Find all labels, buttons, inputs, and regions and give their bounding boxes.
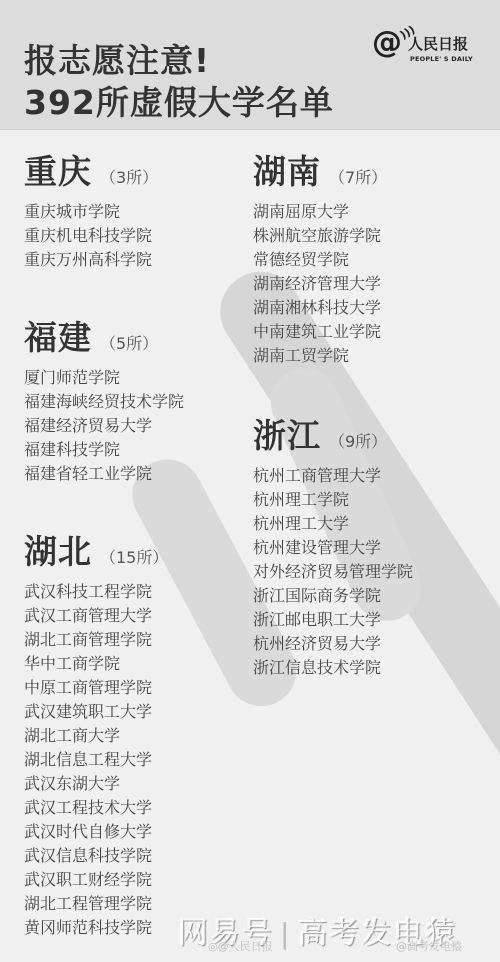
section-hunan: 湖南 （7所） 湖南屈原大学 株洲航空旅游学院 常德经贸学院 湖南经济管理大学 … (253, 152, 387, 368)
list-item: 湖南工贸学院 (253, 344, 387, 368)
list-item: 黄冈师范科技学院 (24, 916, 168, 940)
list-item: 武汉工程技术大学 (24, 796, 168, 820)
header-banner: 报志愿注意! 392所虚假大学名单 @ ))) 人民日报 PEOPLE' S D… (0, 0, 500, 130)
at-symbol-icon: @ (372, 28, 402, 58)
list-item: 湖南湘林科技大学 (253, 296, 387, 320)
list-item: 湖北工程管理学院 (24, 892, 168, 916)
list-item: 武汉工商管理大学 (24, 604, 168, 628)
school-list: 杭州工商管理大学 杭州理工学院 杭州理工大学 杭州建设管理大学 对外经济贸易管理… (253, 464, 413, 680)
list-item: 福建省轻工业学院 (24, 462, 184, 486)
list-item: 武汉科技工程学院 (24, 580, 168, 604)
list-item: 湖南屈原大学 (253, 200, 387, 224)
list-item: 重庆万州高科学院 (24, 248, 158, 272)
list-item: 福建经济贸易大学 (24, 414, 184, 438)
list-item: 华中工商学院 (24, 652, 168, 676)
section-title: 浙江 (253, 416, 321, 456)
list-item: 武汉时代自修大学 (24, 820, 168, 844)
weibo-credit-left: ◎@人民日报 (208, 938, 273, 954)
list-item: 福建海峡经贸技术学院 (24, 390, 184, 414)
list-item: 湖北工商大学 (24, 724, 168, 748)
section-zhejiang: 浙江 （9所） 杭州工商管理大学 杭州理工学院 杭州理工大学 杭州建设管理大学 … (253, 416, 413, 680)
list-item: 杭州工商管理大学 (253, 464, 413, 488)
logo-name-cn: 人民日报 (408, 36, 468, 52)
section-chongqing: 重庆 （3所） 重庆城市学院 重庆机电科技学院 重庆万州高科学院 (24, 152, 158, 272)
page-title-line-2: 392所虚假大学名单 (24, 84, 334, 122)
school-list: 重庆城市学院 重庆机电科技学院 重庆万州高科学院 (24, 200, 158, 272)
list-item: 湖北工商管理学院 (24, 628, 168, 652)
section-count: （15所） (100, 545, 168, 568)
school-list: 武汉科技工程学院 武汉工商管理大学 湖北工商管理学院 华中工商学院 中原工商管理… (24, 580, 168, 940)
list-item: 对外经济贸易管理学院 (253, 560, 413, 584)
section-title: 福建 (24, 318, 92, 358)
section-title: 湖南 (253, 152, 321, 192)
peoples-daily-logo: @ ))) 人民日报 PEOPLE' S DAILY (372, 26, 482, 66)
section-count: （7所） (329, 165, 387, 188)
list-item: 武汉职工财经学院 (24, 868, 168, 892)
section-count: （9所） (329, 429, 387, 452)
list-item: 湖北信息工程大学 (24, 748, 168, 772)
list-item: 常德经贸学院 (253, 248, 387, 272)
list-item: 重庆城市学院 (24, 200, 158, 224)
weibo-credit-right: @高考发电猿 (396, 938, 462, 954)
section-title: 湖北 (24, 532, 92, 572)
list-item: 杭州建设管理大学 (253, 536, 413, 560)
page-title-line-1: 报志愿注意! (24, 42, 210, 80)
list-item: 中南建筑工业学院 (253, 320, 387, 344)
school-list: 厦门师范学院 福建海峡经贸技术学院 福建经济贸易大学 福建科技学院 福建省轻工业… (24, 366, 184, 486)
list-item: 湖南经济管理大学 (253, 272, 387, 296)
list-item: 浙江信息技术学院 (253, 656, 413, 680)
list-item: 杭州经济贸易大学 (253, 632, 413, 656)
section-hubei: 湖北 （15所） 武汉科技工程学院 武汉工商管理大学 湖北工商管理学院 华中工商… (24, 532, 168, 940)
section-count: （5所） (100, 331, 158, 354)
list-item: 福建科技学院 (24, 438, 184, 462)
section-title: 重庆 (24, 152, 92, 192)
list-item: 中原工商管理学院 (24, 676, 168, 700)
list-item: 武汉建筑职工大学 (24, 700, 168, 724)
school-list: 湖南屈原大学 株洲航空旅游学院 常德经贸学院 湖南经济管理大学 湖南湘林科技大学… (253, 200, 387, 368)
logo-name-en: PEOPLE' S DAILY (410, 55, 473, 63)
list-item: 浙江国际商务学院 (253, 584, 413, 608)
list-item: 杭州理工大学 (253, 512, 413, 536)
list-item: 厦门师范学院 (24, 366, 184, 390)
list-item: 武汉东湖大学 (24, 772, 168, 796)
list-item: 武汉信息科技学院 (24, 844, 168, 868)
watermark-separator: | (280, 917, 291, 950)
list-item: 浙江邮电职工大学 (253, 608, 413, 632)
section-count: （3所） (100, 165, 158, 188)
list-item: 重庆机电科技学院 (24, 224, 158, 248)
section-fujian: 福建 （5所） 厦门师范学院 福建海峡经贸技术学院 福建经济贸易大学 福建科技学… (24, 318, 184, 486)
list-item: 株洲航空旅游学院 (253, 224, 387, 248)
list-item: 杭州理工学院 (253, 488, 413, 512)
